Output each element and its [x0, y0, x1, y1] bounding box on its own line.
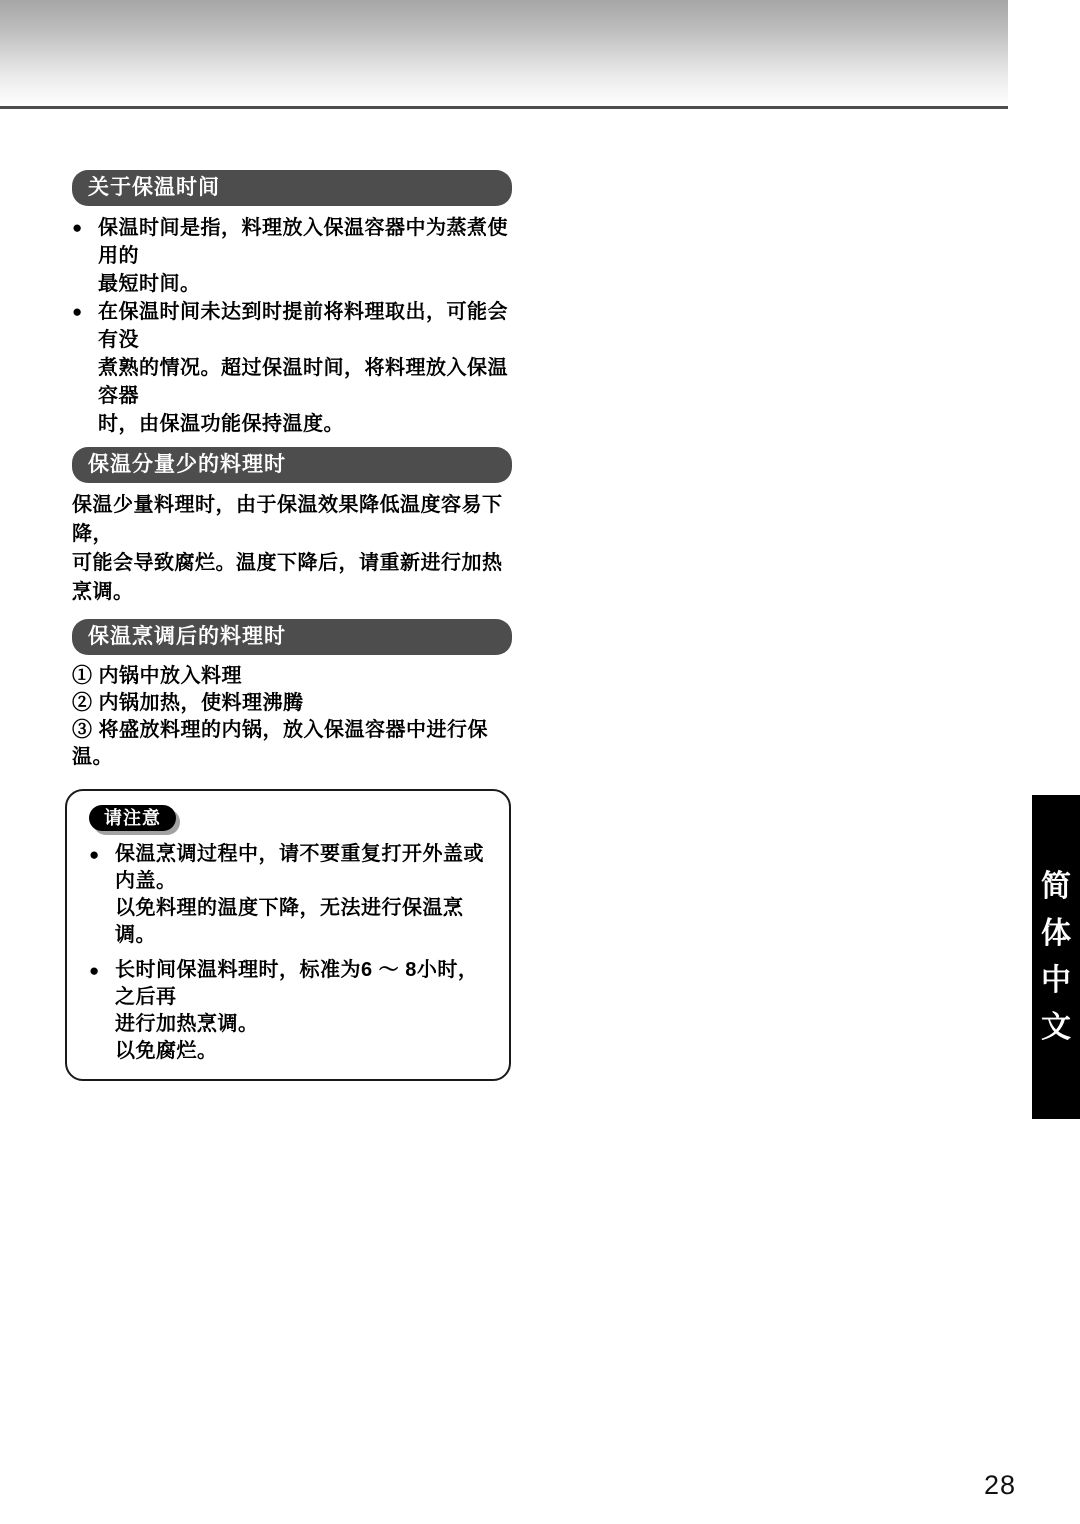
section-paragraph: 保温少量料理时，由于保温效果降低温度容易下降， 可能会导致腐烂。温度下降后，请重…: [72, 491, 512, 607]
bullet-text: 长时间保温料理时，标准为6 ～ 8小时，之后再 进行加热烹调。 以免腐烂。: [115, 957, 493, 1065]
note-badge: 请注意: [89, 805, 176, 831]
bullet-icon: ●: [89, 957, 115, 984]
step-item: ② 内锅加热，使料理沸腾: [72, 690, 512, 717]
bullet-icon: ●: [72, 298, 98, 326]
list-item: ● 保温时间是指，料理放入保温容器中为蒸煮使用的 最短时间。: [72, 214, 512, 298]
tab-char: 体: [1041, 918, 1071, 950]
bullet-text: 在保温时间未达到时提前将料理取出，可能会有没 煮熟的情况。超过保温时间，将料理放…: [98, 298, 512, 438]
language-tab-simplified-chinese: 简 体 中 文: [1032, 795, 1080, 1119]
bullet-icon: ●: [72, 214, 98, 242]
section-title-after-cooking: 保温烹调后的料理时: [72, 619, 512, 655]
bullet-text: 保温时间是指，料理放入保温容器中为蒸煮使用的 最短时间。: [98, 214, 512, 298]
list-item: ● 保温烹调过程中，请不要重复打开外盖或内盖。 以免料理的温度下降，无法进行保温…: [89, 841, 493, 949]
content-column: 关于保温时间 ● 保温时间是指，料理放入保温容器中为蒸煮使用的 最短时间。 ● …: [72, 170, 512, 1081]
page-number: 28: [984, 1470, 1016, 1501]
section-title-keep-warm-time: 关于保温时间: [72, 170, 512, 206]
page-header-gradient: [0, 0, 1008, 106]
bullet-text: 保温烹调过程中，请不要重复打开外盖或内盖。 以免料理的温度下降，无法进行保温烹调…: [115, 841, 493, 949]
step-item: ③ 将盛放料理的内锅，放入保温容器中进行保温。: [72, 717, 512, 771]
list-item: ● 长时间保温料理时，标准为6 ～ 8小时，之后再 进行加热烹调。 以免腐烂。: [89, 957, 493, 1065]
bullet-list: ● 保温时间是指，料理放入保温容器中为蒸煮使用的 最短时间。 ● 在保温时间未达…: [72, 214, 512, 438]
note-box: 请注意 ● 保温烹调过程中，请不要重复打开外盖或内盖。 以免料理的温度下降，无法…: [65, 789, 511, 1081]
note-bullet-list: ● 保温烹调过程中，请不要重复打开外盖或内盖。 以免料理的温度下降，无法进行保温…: [89, 841, 493, 1065]
tab-char: 文: [1041, 1012, 1071, 1044]
tab-char: 中: [1041, 965, 1071, 997]
numbered-steps: ① 内锅中放入料理 ② 内锅加热，使料理沸腾 ③ 将盛放料理的内锅，放入保温容器…: [72, 663, 512, 771]
header-divider-line: [0, 106, 1008, 109]
section-title-small-portion: 保温分量少的料理时: [72, 447, 512, 483]
manual-page: 关于保温时间 ● 保温时间是指，料理放入保温容器中为蒸煮使用的 最短时间。 ● …: [0, 0, 1080, 1524]
bullet-icon: ●: [89, 841, 115, 868]
list-item: ● 在保温时间未达到时提前将料理取出，可能会有没 煮熟的情况。超过保温时间，将料…: [72, 298, 512, 438]
step-item: ① 内锅中放入料理: [72, 663, 512, 690]
tab-char: 简: [1041, 871, 1071, 903]
